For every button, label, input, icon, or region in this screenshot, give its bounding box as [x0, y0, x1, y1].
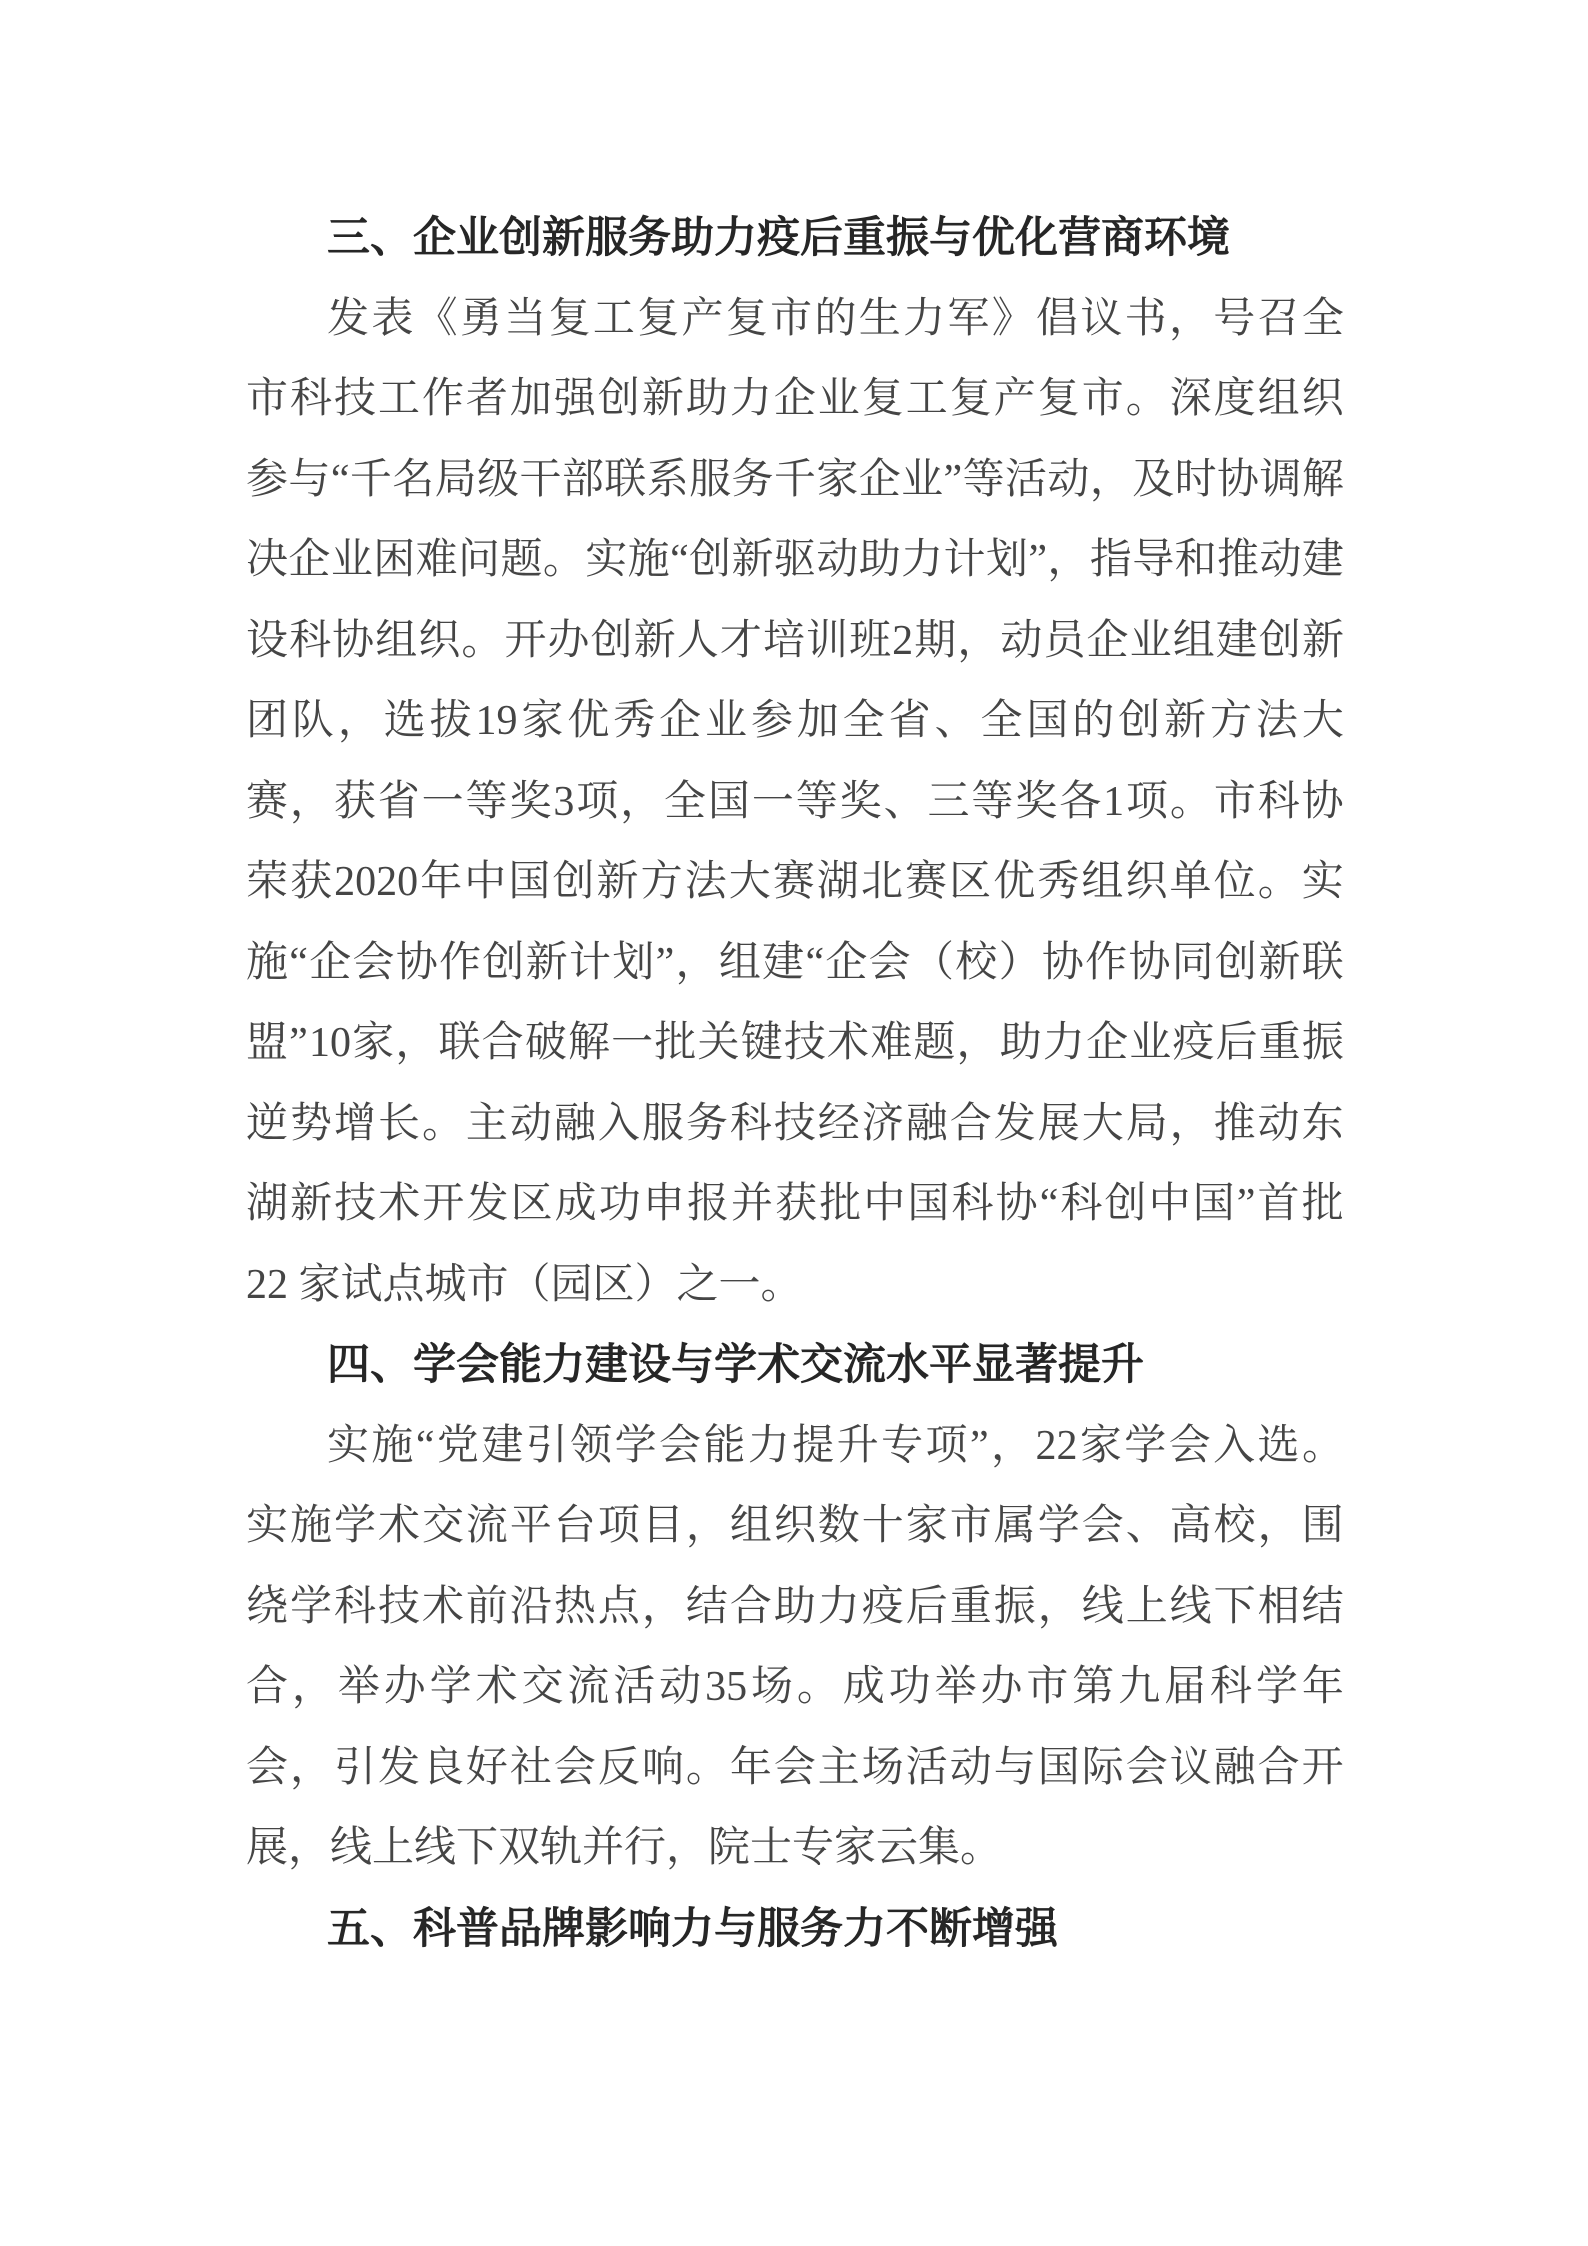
document-content: 三、企业创新服务助力疫后重振与优化营商环境发表《勇当复工复产复市的生力军》倡议书…: [246, 198, 1344, 1969]
text-token: 。: [1126, 359, 1168, 440]
text-token: 开: [504, 601, 546, 682]
text-token: 点: [598, 1567, 640, 1648]
text-token: 新: [634, 601, 676, 682]
text-token: 市: [1082, 359, 1124, 440]
paragraph-line: 施“企会协作创新计划”，组建“企会（校）协作协同创新联: [246, 923, 1344, 1004]
text-token: 获: [334, 762, 376, 843]
text-token: ，: [1090, 440, 1132, 521]
text-token: ，: [676, 923, 718, 1004]
text-token: 选: [384, 681, 426, 762]
text-token: 生: [859, 279, 901, 360]
text-token: 力: [730, 359, 772, 440]
text-token: 创: [1118, 681, 1160, 762]
text-token: 选: [1258, 1406, 1300, 1487]
text-token: 合: [950, 1084, 992, 1165]
text-token: 企: [774, 359, 816, 440]
text-token: 结: [686, 1567, 728, 1648]
text-token: 实: [327, 1406, 369, 1487]
text-token: 发: [378, 1728, 420, 1809]
text-token: “: [805, 923, 824, 1004]
text-token: 项: [576, 762, 618, 843]
text-token: 业: [1130, 601, 1172, 682]
text-token: 赛: [773, 842, 815, 923]
text-token: 学: [1256, 1647, 1298, 1728]
text-token: 第: [1072, 1647, 1114, 1728]
section-heading: 四、学会能力建设与学术交流水平显著提升: [246, 1325, 1344, 1406]
text-token: 家: [352, 1003, 394, 1084]
text-token: 会: [353, 923, 395, 1004]
text-token: 划: [612, 923, 654, 1004]
text-token: 术: [378, 1486, 420, 1567]
text-token: 名: [392, 440, 434, 521]
text-token: 困: [373, 520, 415, 601]
text-token: 流: [567, 1647, 609, 1728]
text-token: 提: [792, 1406, 834, 1487]
text-token: 活: [1005, 440, 1047, 521]
text-token: 织: [418, 601, 460, 682]
paragraph-line: 22 家试点城市（园区）之一。: [246, 1245, 1344, 1326]
text-token: 复: [549, 279, 591, 360]
text-token: 组: [1173, 601, 1215, 682]
text-token: 市: [1026, 1647, 1068, 1728]
text-token: 动: [816, 520, 858, 601]
text-token: 产: [682, 279, 724, 360]
section-heading: 五、科普品牌影响力与服务力不断增强: [246, 1889, 1344, 1970]
text-token: 社: [510, 1728, 552, 1809]
paragraph-line: 会，引发良好社会反响。年会主场活动与国际会议融合开: [246, 1728, 1344, 1809]
text-token: 决: [246, 520, 288, 601]
text-token: 》: [992, 279, 1034, 360]
text-token: 国: [508, 842, 550, 923]
text-token: 会: [869, 923, 911, 1004]
text-token: 联: [1302, 923, 1344, 1004]
text-token: 协: [396, 923, 438, 1004]
text-token: 市: [950, 1486, 992, 1567]
text-token: ，: [620, 762, 662, 843]
text-token: 。: [461, 601, 503, 682]
text-token: 结: [1302, 1567, 1344, 1648]
text-token: ，: [991, 1406, 1033, 1487]
text-token: 、: [935, 681, 977, 762]
paragraph-line: 绕学科技术前沿热点，结合助力疫后重振，线上线下相结: [246, 1567, 1344, 1648]
text-token: 方: [641, 842, 683, 923]
text-token: 家: [816, 440, 858, 521]
text-token: ，: [957, 601, 999, 682]
text-token: 目: [642, 1486, 684, 1567]
text-token: 。: [1170, 762, 1212, 843]
text-token: 实: [246, 1486, 288, 1567]
text-token: 全: [664, 762, 706, 843]
text-token: 加: [510, 359, 552, 440]
text-token: 时: [1175, 440, 1217, 521]
text-token: 3: [553, 762, 574, 843]
text-token: 和: [1175, 520, 1217, 601]
text-token: 发: [466, 1164, 508, 1245]
text-token: 与: [288, 440, 330, 521]
text-token: 各: [1059, 762, 1101, 843]
text-token: 及: [1132, 440, 1174, 521]
text-token: 获: [290, 842, 332, 923]
text-token: 入: [598, 1084, 640, 1165]
text-token: 2: [892, 601, 913, 682]
text-token: 织: [1302, 359, 1344, 440]
text-token: 。: [686, 1728, 728, 1809]
text-token: ”: [970, 1406, 989, 1487]
text-token: 家: [521, 681, 563, 762]
text-token: 会: [659, 1406, 701, 1487]
text-token: 主: [466, 1084, 508, 1165]
text-token: 国: [907, 1164, 949, 1245]
text-token: 中: [464, 842, 506, 923]
text-token: 动: [1047, 440, 1089, 521]
paragraph-line: 团队，选拔19家优秀企业参加全省、全国的创新方法大: [246, 681, 1344, 762]
text-token: 企: [825, 923, 867, 1004]
text-token: ，: [292, 1647, 334, 1728]
text-token: 学: [1124, 1406, 1166, 1487]
text-token: 校: [955, 923, 997, 1004]
text-token: 复: [726, 279, 768, 360]
text-token: 市: [1214, 762, 1256, 843]
text-token: 助: [686, 359, 728, 440]
text-token: 赛: [246, 762, 288, 843]
text-token: 好: [466, 1728, 508, 1809]
text-token: 国: [708, 762, 750, 843]
text-token: 产: [994, 359, 1036, 440]
text-token: 国: [1038, 1728, 1080, 1809]
text-token: 破: [525, 1003, 567, 1084]
text-token: 号: [1213, 279, 1255, 360]
text-token: 沿: [510, 1567, 552, 1648]
text-token: 振: [994, 1567, 1036, 1648]
text-token: 勇: [460, 279, 502, 360]
text-token: 省: [378, 762, 420, 843]
text-token: “: [670, 520, 689, 601]
text-token: 倡: [1036, 279, 1078, 360]
text-token: 企: [1086, 1003, 1128, 1084]
text-token: 科: [952, 1164, 994, 1245]
text-token: 交: [422, 1486, 464, 1567]
text-token: 中: [1149, 1164, 1191, 1245]
text-token: 济: [862, 1084, 904, 1165]
text-token: 工: [593, 279, 635, 360]
text-token: 方: [1210, 681, 1252, 762]
text-token: 者: [466, 359, 508, 440]
text-token: 织: [774, 1486, 816, 1567]
text-token: 技: [378, 1567, 420, 1648]
text-token: 动: [659, 1647, 701, 1728]
text-token: 展: [1038, 1084, 1080, 1165]
text-token: 。: [1302, 1406, 1344, 1487]
text-token: 期: [914, 601, 956, 682]
text-token: 热: [554, 1567, 596, 1648]
text-token: 项: [1126, 762, 1168, 843]
text-token: 人: [677, 601, 719, 682]
text-token: ）: [999, 923, 1041, 1004]
text-token: ，: [290, 1728, 332, 1809]
text-token: 科: [1060, 1164, 1102, 1245]
text-token: 创: [1105, 1164, 1147, 1245]
text-token: 新: [597, 842, 639, 923]
text-token: 法: [1256, 681, 1298, 762]
text-token: 一: [422, 762, 464, 843]
text-token: 部: [562, 440, 604, 521]
text-token: 助: [1000, 1003, 1042, 1084]
text-token: 专: [881, 1406, 923, 1487]
text-token: 前: [466, 1567, 508, 1648]
text-token: 奖: [840, 762, 882, 843]
text-token: 新: [732, 520, 774, 601]
text-token: 题: [913, 1003, 955, 1084]
text-token: 重: [1259, 1003, 1301, 1084]
text-token: 学: [334, 1486, 376, 1567]
text-token: 后: [1216, 1003, 1258, 1084]
text-token: 划: [986, 520, 1028, 601]
paragraph-line: 湖新技术开发区成功申报并获批中国科协“科创中国”首批: [246, 1164, 1344, 1245]
text-token: 作: [1085, 923, 1127, 1004]
text-token: 才: [720, 601, 762, 682]
text-token: 升: [837, 1406, 879, 1487]
text-token: 。: [422, 1084, 464, 1165]
text-token: ，: [1038, 1567, 1080, 1648]
text-token: 疫: [1172, 1003, 1214, 1084]
paragraph-line: 决企业困难问题。实施“创新驱动助力计划”，指导和推动建: [246, 520, 1344, 601]
text-token: 大: [1302, 681, 1344, 762]
text-token: 培: [763, 601, 805, 682]
text-token: 复: [862, 359, 904, 440]
text-token: 等: [963, 440, 1005, 521]
text-token: 能: [703, 1406, 745, 1487]
text-token: 项: [926, 1406, 968, 1487]
text-token: 开: [422, 1164, 464, 1245]
text-token: 融: [554, 1084, 596, 1165]
text-token: 解: [1302, 440, 1344, 521]
text-token: 功: [889, 1647, 931, 1728]
text-token: 线: [1170, 1567, 1212, 1648]
text-token: 线: [1082, 1567, 1124, 1648]
text-token: 技: [774, 1084, 816, 1165]
text-token: 协: [996, 1164, 1038, 1245]
text-token: 新: [1258, 923, 1300, 1004]
text-token: 党: [437, 1406, 479, 1487]
text-token: 与: [994, 1728, 1036, 1809]
text-token: ，: [338, 681, 380, 762]
text-token: 力: [901, 520, 943, 601]
text-token: 协: [1042, 923, 1084, 1004]
text-token: 势: [290, 1084, 332, 1165]
text-token: 业: [331, 520, 373, 601]
text-token: 军: [947, 279, 989, 360]
text-token: 务: [732, 440, 774, 521]
text-token: 协: [1302, 762, 1344, 843]
text-token: 创: [552, 842, 594, 923]
text-token: 全: [1302, 279, 1344, 360]
text-token: 创: [689, 520, 731, 601]
text-token: 深: [1170, 359, 1212, 440]
text-token: 属: [994, 1486, 1036, 1567]
text-token: 后: [906, 1567, 948, 1648]
text-token: 组: [375, 601, 417, 682]
text-token: 指: [1090, 520, 1132, 601]
text-token: 校: [1214, 1486, 1256, 1567]
text-token: 术: [476, 1647, 518, 1728]
text-token: 秀: [613, 681, 655, 762]
text-token: 难: [870, 1003, 912, 1084]
text-token: 的: [814, 279, 856, 360]
text-token: 下: [1214, 1567, 1256, 1648]
text-token: 业: [901, 440, 943, 521]
text-token: 十: [862, 1486, 904, 1567]
text-token: 织: [1125, 842, 1167, 923]
text-token: 年: [730, 1728, 772, 1809]
text-token: ”: [289, 1003, 308, 1084]
text-token: 年: [420, 842, 462, 923]
text-token: 等: [796, 762, 838, 843]
text-token: 导: [1132, 520, 1174, 601]
paragraph-line: 荣获2020年中国创新方法大赛湖北赛区优秀组织单位。实: [246, 842, 1344, 923]
text-token: 获: [775, 1164, 817, 1245]
text-token: 会: [554, 1728, 596, 1809]
text-token: 大: [729, 842, 771, 923]
text-token: 合: [730, 1567, 772, 1648]
text-token: 场: [751, 1647, 793, 1728]
text-token: “: [1040, 1164, 1059, 1245]
text-token: 技: [334, 1164, 376, 1245]
text-token: 施: [290, 1486, 332, 1567]
text-token: 作: [439, 923, 481, 1004]
text-token: 施: [246, 923, 288, 1004]
text-token: 届: [1164, 1647, 1206, 1728]
text-token: 服: [689, 440, 731, 521]
text-token: 等: [466, 762, 508, 843]
text-token: 术: [378, 1164, 420, 1245]
text-token: 实: [585, 520, 627, 601]
paragraph-line: 实施学术交流平台项目，组织数十家市属学会、高校，围: [246, 1486, 1344, 1567]
text-token: 表: [371, 279, 413, 360]
text-token: 科: [334, 1567, 376, 1648]
text-token: 等: [971, 762, 1013, 843]
text-token: 举: [338, 1647, 380, 1728]
text-token: 干: [519, 440, 561, 521]
text-token: 家: [906, 1486, 948, 1567]
text-token: 国: [1026, 681, 1068, 762]
text-token: 务: [686, 1084, 728, 1165]
text-token: 会: [774, 1728, 816, 1809]
text-token: 市: [246, 359, 288, 440]
text-token: 办: [548, 601, 590, 682]
text-token: “: [331, 440, 350, 521]
text-token: 作: [422, 359, 464, 440]
paragraph-line: 发表《勇当复工复产复市的生力军》倡议书，号召全: [246, 279, 1344, 360]
text-token: 科: [290, 359, 332, 440]
text-token: 设: [246, 601, 288, 682]
text-token: 业: [1129, 1003, 1171, 1084]
text-token: 申: [643, 1164, 685, 1245]
text-token: 19: [476, 681, 518, 762]
text-token: 复: [1038, 359, 1080, 440]
text-token: 一: [752, 762, 794, 843]
text-token: 围: [1302, 1486, 1344, 1567]
text-token: 难: [416, 520, 458, 601]
text-token: ，: [1047, 520, 1089, 601]
text-token: 科: [289, 601, 331, 682]
text-token: 训: [806, 601, 848, 682]
text-token: 引: [526, 1406, 568, 1487]
text-token: 建: [1302, 520, 1344, 601]
text-token: 计: [944, 520, 986, 601]
text-token: 合: [1258, 1728, 1300, 1809]
text-token: 加: [797, 681, 839, 762]
text-token: 批: [1302, 1164, 1344, 1245]
text-token: 新: [1164, 681, 1206, 762]
text-token: “: [416, 1406, 435, 1487]
text-token: 会: [1082, 1486, 1124, 1567]
text-token: 术: [827, 1003, 869, 1084]
text-token: 上: [1126, 1567, 1168, 1648]
text-token: 荣: [246, 842, 288, 923]
text-token: 国: [1193, 1164, 1235, 1245]
text-token: 成: [843, 1647, 885, 1728]
text-token: 22: [1035, 1406, 1077, 1487]
text-token: ，: [957, 1003, 999, 1084]
text-token: ，: [1169, 279, 1211, 360]
text-token: 领: [570, 1406, 612, 1487]
text-token: 建: [481, 1406, 523, 1487]
text-token: 发: [994, 1084, 1036, 1165]
text-token: 新: [526, 923, 568, 1004]
text-token: 拔: [430, 681, 472, 762]
text-token: 《: [416, 279, 458, 360]
text-token: 企: [288, 520, 330, 601]
text-token: 九: [1118, 1647, 1160, 1728]
text-token: 系: [647, 440, 689, 521]
text-token: 团: [246, 681, 288, 762]
text-token: 工: [378, 359, 420, 440]
text-token: 经: [818, 1084, 860, 1165]
text-token: 解: [568, 1003, 610, 1084]
text-token: 报: [687, 1164, 729, 1245]
text-token: 千: [350, 440, 392, 521]
text-token: 协: [1128, 923, 1170, 1004]
text-token: 。: [543, 520, 585, 601]
text-token: 2020: [334, 842, 418, 923]
text-token: 、: [884, 762, 926, 843]
text-token: 组: [1258, 359, 1300, 440]
text-token: 助: [774, 1567, 816, 1648]
text-token: 逆: [246, 1084, 288, 1165]
text-token: 复: [637, 279, 679, 360]
text-token: 驱: [774, 520, 816, 601]
text-token: 创: [591, 601, 633, 682]
text-token: 合: [482, 1003, 524, 1084]
text-token: 千: [774, 440, 816, 521]
text-token: 协: [1217, 440, 1259, 521]
text-token: 力: [1043, 1003, 1085, 1084]
text-token: ”: [1028, 520, 1047, 601]
text-token: 技: [784, 1003, 826, 1084]
text-token: ，: [1258, 1486, 1300, 1567]
text-token: 计: [569, 923, 611, 1004]
text-token: 术: [422, 1567, 464, 1648]
text-token: 组: [730, 1486, 772, 1567]
text-token: 场: [862, 1728, 904, 1809]
text-token: 市: [770, 279, 812, 360]
text-token: 服: [642, 1084, 684, 1165]
text-token: 家: [1080, 1406, 1122, 1487]
text-token: 10: [309, 1003, 351, 1084]
text-token: 批: [819, 1164, 861, 1245]
text-token: 一: [611, 1003, 653, 1084]
text-token: 项: [598, 1486, 640, 1567]
